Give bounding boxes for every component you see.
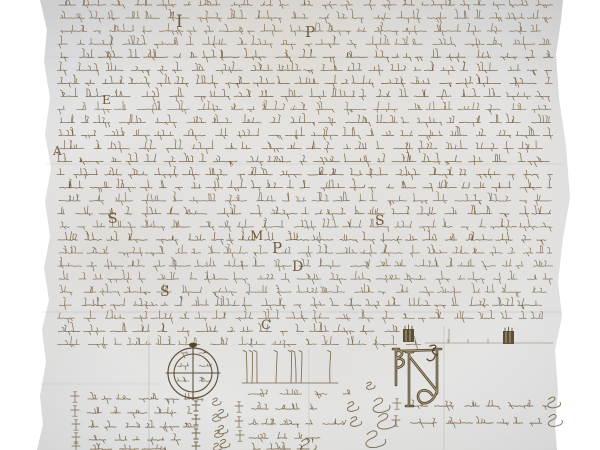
script-line bbox=[61, 22, 541, 36]
signature-row bbox=[71, 406, 192, 418]
initial-letter: S bbox=[108, 211, 118, 227]
initial-letter: A bbox=[52, 144, 62, 158]
script-line bbox=[59, 0, 553, 10]
script-line bbox=[60, 283, 547, 297]
body-text-lines bbox=[56, 0, 552, 349]
elongated-strokes bbox=[242, 350, 338, 383]
initial-letter: P bbox=[272, 239, 282, 257]
signature-row bbox=[236, 431, 320, 443]
signature-row bbox=[235, 402, 317, 412]
subscripsi-marks bbox=[213, 398, 223, 450]
script-line bbox=[58, 205, 551, 219]
ink-block-crown bbox=[405, 325, 412, 329]
signature-row bbox=[393, 399, 548, 411]
script-line bbox=[60, 88, 550, 102]
elongated-words bbox=[248, 389, 350, 398]
script-line bbox=[61, 48, 553, 62]
ink-blocks bbox=[403, 325, 514, 344]
script-line bbox=[60, 140, 543, 154]
fold-creases bbox=[40, 57, 564, 450]
subscription-cross-chain bbox=[192, 401, 200, 450]
bene-valete-monogram bbox=[393, 345, 441, 406]
notarial-flourishes bbox=[218, 382, 562, 450]
script-line bbox=[59, 192, 552, 206]
signature-row bbox=[392, 416, 542, 428]
initial-letter: E bbox=[102, 93, 111, 107]
signature-row bbox=[71, 392, 204, 404]
script-line bbox=[58, 336, 421, 350]
script-line bbox=[59, 270, 553, 284]
script-line bbox=[59, 244, 552, 258]
script-line bbox=[57, 166, 552, 179]
initial-letter: C bbox=[261, 318, 271, 333]
rota-seal bbox=[166, 343, 220, 400]
script-line bbox=[60, 9, 552, 23]
ink-block bbox=[403, 329, 414, 342]
initial-letter: P bbox=[305, 23, 315, 41]
rota-inscription bbox=[177, 352, 212, 382]
script-line bbox=[60, 113, 551, 128]
monogram-flourish bbox=[427, 345, 437, 360]
initial-letter: M bbox=[250, 229, 263, 244]
initial-letter: S bbox=[160, 284, 170, 300]
initial-letter: S bbox=[375, 213, 385, 229]
ink-block-crown bbox=[505, 327, 512, 331]
script-line bbox=[58, 257, 553, 271]
signature-row bbox=[72, 420, 198, 432]
charter-photo: IPEASSMPDSC bbox=[0, 0, 600, 450]
signature-row bbox=[72, 442, 168, 450]
ink-block bbox=[503, 331, 514, 344]
manuscript-rendering: IPEASSMPDSC bbox=[0, 0, 600, 450]
script-line bbox=[60, 218, 552, 232]
signature-row bbox=[72, 433, 181, 445]
rota-top-mark bbox=[189, 343, 197, 348]
script-line bbox=[57, 61, 552, 75]
chain-crosses bbox=[192, 401, 200, 450]
script-line bbox=[59, 126, 553, 140]
initial-letter: D bbox=[292, 259, 303, 275]
script-line bbox=[58, 74, 553, 88]
initial-letter: I bbox=[176, 12, 183, 32]
signature-row bbox=[235, 417, 346, 428]
script-line bbox=[58, 231, 546, 245]
script-line bbox=[59, 296, 541, 310]
script-line bbox=[59, 179, 552, 193]
elongated-script-line bbox=[242, 350, 350, 398]
script-line bbox=[58, 322, 399, 336]
script-line bbox=[57, 100, 551, 115]
